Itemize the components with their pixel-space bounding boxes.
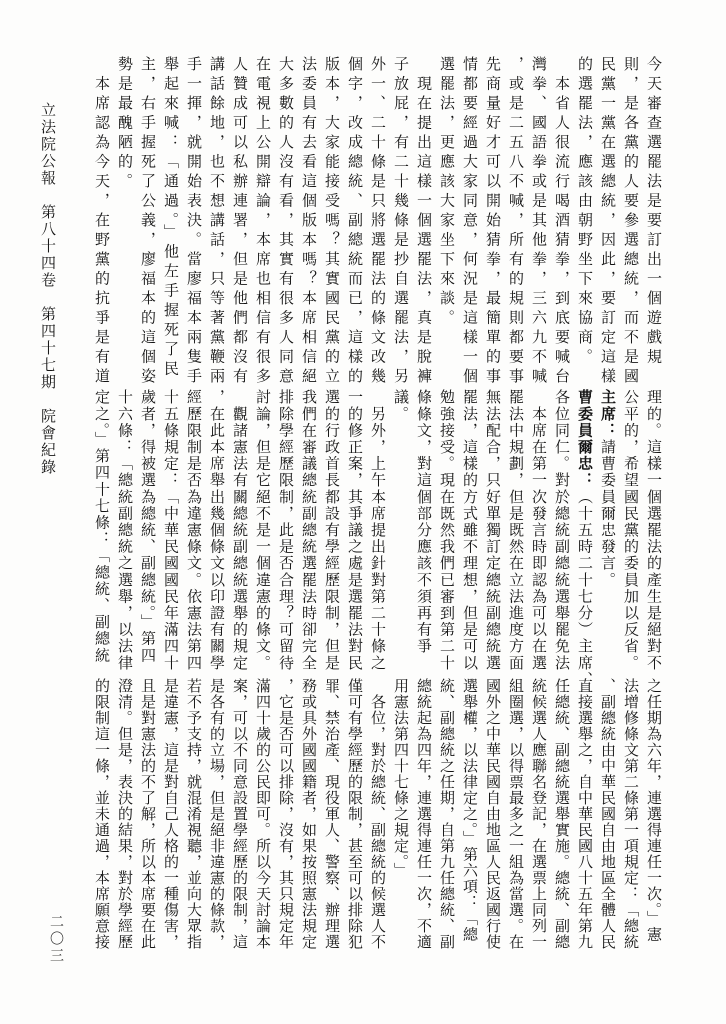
text-column: 直接選舉之，自中華民國八十五年第九 (572, 678, 595, 952)
text-column: 議。 (388, 389, 411, 673)
text-column: 民黨一黨在選總統，因此，要訂定這樣 (595, 56, 618, 392)
text-column: 之任期為六年，連選得連任一次。」憲 (641, 678, 664, 952)
text-column: 各位，對於總統、副總統的候選人不 (365, 678, 388, 952)
text-column: 若不予支持，就混淆視聽，並向大眾指 (181, 678, 204, 952)
text-column: 理的。這樣一個選罷法的產生是絕對不 (641, 389, 664, 673)
text-column: 國外之中華民國自由地區人民返國行使 (480, 678, 503, 952)
text-column: 歲者，得被選為總統、副總統。」第四 (135, 389, 158, 673)
text-column: 勢是最醜陋的。 (112, 56, 135, 392)
text-column: 現在提出這樣一個選罷法，真是脫褲 (411, 56, 434, 392)
text-column: 選舉權，以法律定之。」第六項：「總 (457, 678, 480, 952)
text-column: 手一揮，就開始表決。當廖福本兩隻手 (181, 56, 204, 392)
text-column: 外一、二十條是只將選罷法的條文改幾 (365, 56, 388, 392)
speaker-name: 曹委員爾忠： (576, 389, 592, 489)
gazette-volume-label: 立法院公報 第八十四卷 第四十七期 院會紀錄 (37, 102, 56, 502)
text-column: 一的修正案，其爭議之處是選罷法對民 (342, 389, 365, 673)
text-column: 用憲法第四十七條之規定。」 (388, 678, 411, 952)
text-column: 公平的，希望國民黨的委員加以反省。 (618, 389, 641, 673)
page-number: 二〇三 (46, 914, 64, 984)
text-column: 僅可有學經歷的限制，甚至可以排除犯 (342, 678, 365, 952)
text-column: 主，右手握死了公義，廖福本的這個姿 (135, 56, 158, 392)
text-column: 主席：請曹委員爾忠發言。 (595, 389, 618, 673)
text-column: 滿四十歲的公民即可。所以今天討論本 (250, 678, 273, 952)
text-column: 排除學經歷限制，此是否合理？可留待 (273, 389, 296, 673)
text-column: 曹委員爾忠：（十五時二十七分）主席、 (572, 389, 595, 673)
text-column: 案，可以不同意設置學經歷的限制，這 (227, 678, 250, 952)
text-column: 觀諸憲法有關總統副總統選舉的規定 (227, 389, 250, 673)
text-column: 人贊成可以私辦連署，但是他們都沒有 (227, 56, 250, 392)
text-column: 定之。」第四十七條：「總統、副總統 (89, 389, 112, 673)
text-column: 任總統、副總統選舉實施。總統、副總 (549, 678, 572, 952)
text-column: 版本，大家能接受嗎？其實國民黨的立 (319, 56, 342, 392)
text-column: 是各有的立場，但是絕非違憲的條款， (204, 678, 227, 952)
text-column: 法委員有去看這個版本嗎？本席相信絕 (296, 56, 319, 392)
text-column: 罷法，這樣的方式雖不理想，但是可以 (457, 389, 480, 673)
text-column: 在電視上公開辯論，本席也相信有很多 (250, 56, 273, 392)
speech-text: 請曹委員爾忠發言。 (599, 439, 615, 588)
text-column: ，在此本席舉出幾個條文以印證有關學 (204, 389, 227, 673)
text-column: 舉起來喊：「通過。」他左手握死了民 (158, 56, 181, 392)
text-column: 統候選人應聯名登記，在選票上同列一 (526, 678, 549, 952)
text-column: 選的行政首長都設有學經歷限制，但是 (319, 389, 342, 673)
text-column: 本席在第一次發言時即認為可以在選 (526, 389, 549, 673)
text-column: ，它是否可以排除，沒有，其只規定年 (273, 678, 296, 952)
text-column: 大多數的人沒有看，其實有很多人同意 (273, 56, 296, 392)
document-page: 立法院公報 第八十四卷 第四十七期 院會紀錄 今天審查選罷法是要訂出一個遊戲規則… (0, 0, 726, 1024)
text-column: 無法配合，只好單獨訂定總統副總統選 (480, 389, 503, 673)
text-column: 是違憲，這是對自己人格的一種傷害， (158, 678, 181, 952)
text-column: 且是對憲法的不了解，所以本席要在此 (135, 678, 158, 952)
text-band-middle: 理的。這樣一個選罷法的產生是絕對不公平的，希望國民黨的委員加以反省。主席：請曹委… (84, 389, 664, 673)
text-column: 十六條：「總統副總統之選舉，以法律 (112, 389, 135, 673)
text-column: 另外，上午本席提出針對第二十條之 (365, 389, 388, 673)
text-column: 情都要經過大家同意，何況是這樣一個 (457, 56, 480, 392)
text-column: 今天審查選罷法是要訂出一個遊戲規 (641, 56, 664, 392)
text-column: 組圈選，以得票最多之一組為當選。在 (503, 678, 526, 952)
text-column: 先商量好才可以開始猜拳，最簡單的事 (480, 56, 503, 392)
text-column: 子放屁，有二十幾條是抄自選罷法，另 (388, 56, 411, 392)
text-column: 經歷限制是否為違憲條文。依憲法第四 (181, 389, 204, 673)
text-column: 本省人很流行喝酒猜拳，到底要喊台 (549, 56, 572, 392)
text-column: 則，是各黨的人要參選總統，而不是國 (618, 56, 641, 392)
text-column: 討論，但是它絕不是一個違憲的條文。 (250, 389, 273, 673)
text-column: 統、副總統之任期，自第九任總統、副 (434, 678, 457, 952)
text-column: 我們在審議總統副總統選罷法時卻完全 (296, 389, 319, 673)
text-column: 罪、禁治產、現役軍人、警察、辦理選 (319, 678, 342, 952)
text-column: 務或具外國國籍者，如果按照憲法規定 (296, 678, 319, 952)
text-column: 講話餘地，也不想講話，只等著黨鞭兩 (204, 56, 227, 392)
text-column: 本席認為今天，在野黨的抗爭是有道 (89, 56, 112, 392)
speech-text: （十五時二十七分）主席、 (576, 489, 592, 688)
text-column: 各位同仁。對於總統副總統選舉罷免法 (549, 389, 572, 673)
text-column: 選罷法，更應該大家坐下來談。 (434, 56, 457, 392)
text-band-top: 今天審查選罷法是要訂出一個遊戲規則，是各黨的人要參選總統，而不是國民黨一黨在選總… (84, 56, 664, 392)
speaker-name: 主席： (599, 389, 615, 439)
text-column: 勉強接受。現在既然我們已審到第二十 (434, 389, 457, 673)
text-column: ，或是二五八不喊，所有的規則都要事 (503, 56, 526, 392)
text-column: 法增修條文第二條第一項規定：「總統 (618, 678, 641, 952)
text-column: 總統起為四年，連選得連任一次，不適 (411, 678, 434, 952)
text-column: 十五條規定：「中華民國國民年滿四十 (158, 389, 181, 673)
text-column: 條條文，對這個部分應該不須再有爭 (411, 389, 434, 673)
text-column: 澄清。但是，表決的結果，對於學經歷 (112, 678, 135, 952)
text-column: 灣拳、國語拳或是其他拳，三六九不喊 (526, 56, 549, 392)
text-column: 、副總統由中華民國自由地區全體人民 (595, 678, 618, 952)
text-band-bottom: 之任期為六年，連選得連任一次。」憲法增修條文第二條第一項規定：「總統、副總統由中… (84, 678, 664, 952)
text-column: 個字，改成總統、副總統而已，這樣的 (342, 56, 365, 392)
text-column: 的選罷法，應該由朝野坐下來協商。 (572, 56, 595, 392)
text-column: 的限制這一條，並未通過，本席願意接 (89, 678, 112, 952)
text-column: 罷法中規劃，但是既然在立法進度方面 (503, 389, 526, 673)
